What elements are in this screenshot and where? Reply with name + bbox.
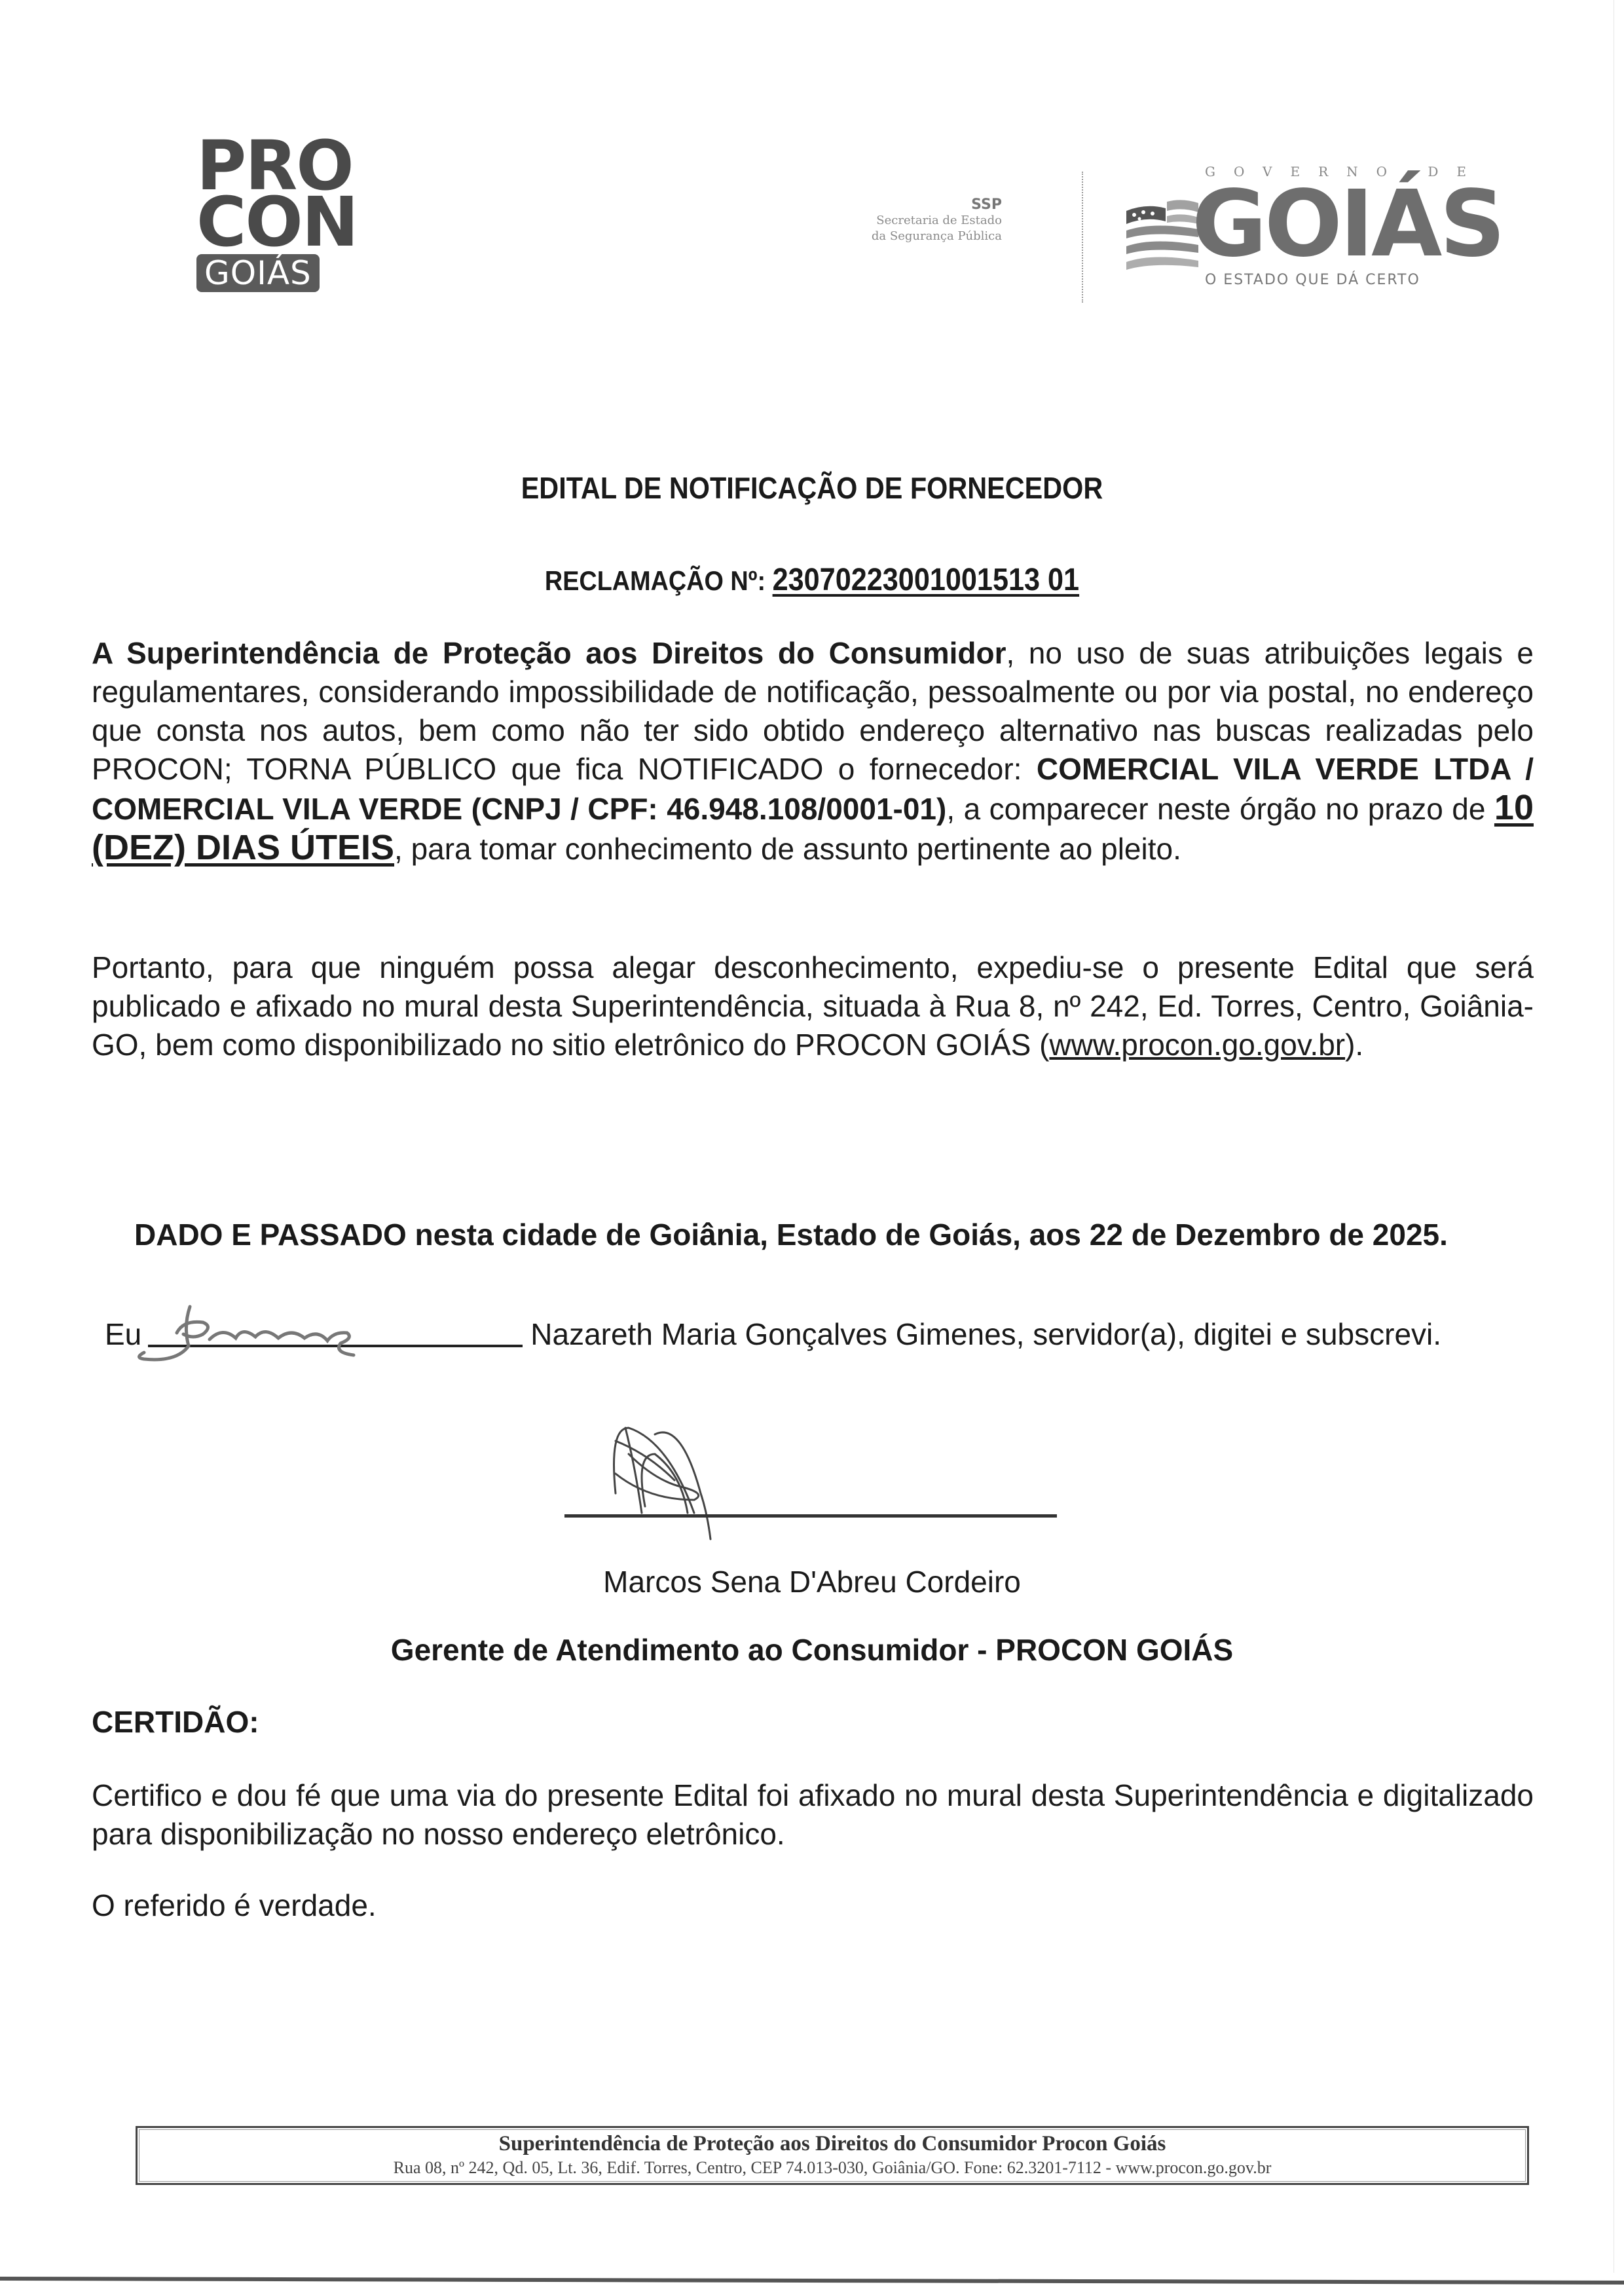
reclamacao-number: 23070223001001513 01 — [773, 563, 1079, 597]
procon-goias-logo: PRO CON GOIÁS — [196, 138, 360, 292]
scan-bottom-edge — [0, 2277, 1624, 2286]
dado-passado-line: DADO E PASSADO nesta cidade de Goiânia, … — [134, 1217, 1509, 1252]
goias-wordmark: GOIÁS — [1192, 176, 1503, 274]
notification-paragraph: A Superintendência de Proteção aos Direi… — [92, 634, 1534, 868]
signature-line — [564, 1514, 1057, 1518]
ssp-line1: Secretaria de Estado — [871, 213, 1002, 229]
reclamacao-label: RECLAMAÇÃO Nº: — [545, 565, 766, 596]
goias-flag-icon — [1126, 196, 1198, 282]
agency-name: A Superintendência de Proteção aos Direi… — [92, 636, 1006, 670]
ssp-acronym: SSP — [871, 196, 1002, 213]
dado-passado-text: nesta cidade de Goiânia, Estado de Goiás… — [407, 1218, 1448, 1252]
scan-right-edge — [1614, 0, 1614, 2273]
procon-website-link[interactable]: www.procon.go.gov.br — [1049, 1028, 1345, 1062]
signer-role: Gerente de Atendimento ao Consumidor - P… — [0, 1632, 1624, 1668]
paragraph2-text-end: ). — [1345, 1028, 1363, 1062]
goias-slogan: O ESTADO QUE DÁ CERTO — [1205, 272, 1420, 288]
header-divider — [1082, 172, 1083, 303]
governo-goias-logo: GOVERNO DE GOIÁS O ESTADO QUE DÁ CERTO — [1126, 164, 1493, 295]
ssp-line2: da Segurança Pública — [871, 229, 1002, 244]
footer-address: Rua 08, nº 242, Qd. 05, Lt. 36, Edif. To… — [138, 2157, 1527, 2179]
certidao-paragraph: Certifico e dou fé que uma via do presen… — [92, 1776, 1534, 1854]
paragraph1-text-b: , a comparecer neste órgão no prazo de — [946, 792, 1494, 826]
document-title: EDITAL DE NOTIFICAÇÃO DE FORNECEDOR — [81, 470, 1543, 506]
typist-signature-icon — [138, 1300, 445, 1372]
manager-signature-icon — [589, 1415, 825, 1559]
typist-prefix: Eu — [105, 1317, 141, 1351]
footer-agency-name: Superintendência de Proteção aos Direito… — [138, 2131, 1527, 2157]
procon-logo-badge: GOIÁS — [196, 254, 320, 292]
reclamacao-number-line: RECLAMAÇÃO Nº: 23070223001001513 01 — [81, 562, 1543, 598]
signer-name: Marcos Sena D'Abreu Cordeiro — [0, 1564, 1624, 1599]
dado-passado-bold: DADO E PASSADO — [134, 1218, 407, 1252]
publication-paragraph: Portanto, para que ninguém possa alegar … — [92, 948, 1534, 1064]
footer-address-box: Superintendência de Proteção aos Direito… — [136, 2126, 1529, 2185]
procon-logo-line2: CON — [196, 194, 360, 250]
ssp-logo: SSP Secretaria de Estado da Segurança Pú… — [871, 196, 1002, 244]
certidao-closing: O referido é verdade. — [92, 1888, 377, 1923]
typist-statement: Nazareth Maria Gonçalves Gimenes, servid… — [530, 1317, 1441, 1351]
certidao-heading: CERTIDÃO: — [92, 1704, 259, 1740]
paragraph1-text-c: , para tomar conhecimento de assunto per… — [394, 832, 1181, 866]
